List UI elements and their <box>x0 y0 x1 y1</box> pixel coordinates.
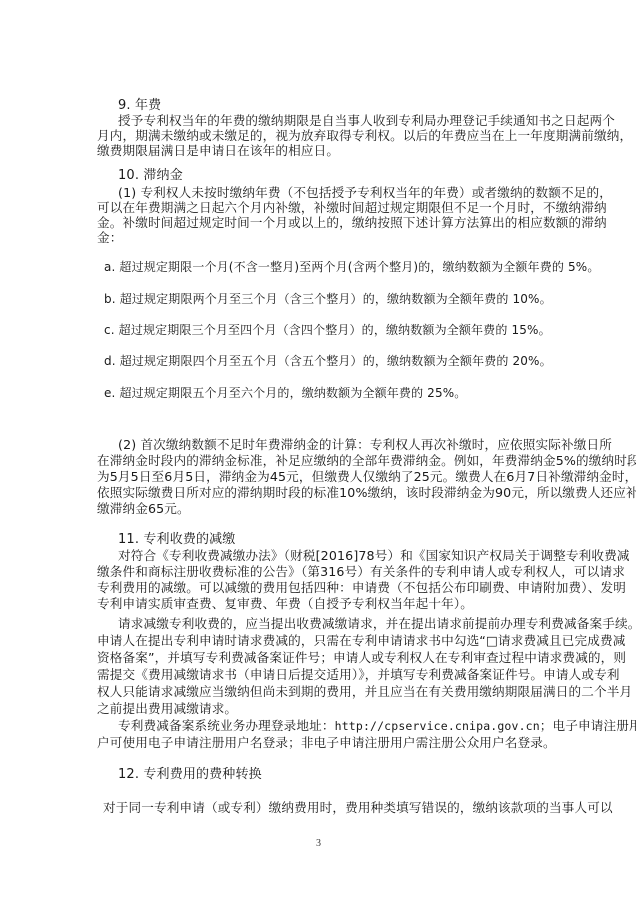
section-11-para1: 专利申请实质审查费、复审费、年费（自授予专利权当年起十年）。 <box>97 596 543 611</box>
section-11-para1: 对符合《专利收费减缴办法》（财税[2016]78号）和《国家知识产权局关于调整专… <box>118 548 543 563</box>
section-10-para2: 依照实际缴费日所对应的滞纳期时段的标准10%缴纳，该时段滞纳金为90元，所以缴费… <box>97 485 543 500</box>
registration-address-label: 专利费减备案系统业务办理登录地址： <box>118 718 335 733</box>
section-9-text: 缴费期限届满日是申请日在该年的相应日。 <box>97 143 543 158</box>
section-9-text: 月内，期满未缴纳或未缴足的，视为放弃取得专利权。以后的年费应当在上一年度期满前缴… <box>97 128 543 143</box>
section-11-para2: 权人只能请求减缴应当缴纳但尚未到期的费用，并且应当在有关费用缴纳期限届满日的二个… <box>97 684 543 699</box>
late-fee-item-d: d. 超过规定期限四个月至五个月（含五个整月）的，缴纳数额为全额年费的 20%。 <box>104 354 544 369</box>
late-fee-item-e: e. 超过规定期限五个月至六个月的，缴纳数额为全额年费的 25%。 <box>104 386 544 401</box>
section-9-heading: 9. 年费 <box>118 98 564 113</box>
late-fee-item-c: c. 超过规定期限三个月至四个月（含四个整月）的，缴纳数额为全额年费的 15%。 <box>104 323 544 338</box>
section-10-para1: (1) 专利权人未按时缴纳年费（不包括授予专利权当年的年费）或者缴纳的数额不足的… <box>118 185 543 200</box>
late-fee-item-b: b. 超过规定期限两个月至三个月（含三个整月）的，缴纳数额为全额年费的 10%。 <box>104 292 544 307</box>
section-9-text: 授予专利权当年的年费的缴纳期限是自当事人收到专利局办理登记手续通知书之日起两个 <box>118 113 543 128</box>
section-11-para2: 请求减缴专利收费的，应当提出收费减缴请求，并在提出请求前提前办理专利费减备案手续… <box>118 616 543 631</box>
section-11-para2: 需提交《费用减缴请求书（申请日后提交适用）》，并填写专利费减备案证件号。申请人或… <box>97 667 543 682</box>
document-page: 9. 年费 授予专利权当年的年费的缴纳期限是自当事人收到专利局办理登记手续通知书… <box>0 0 636 900</box>
section-11-para1: 缴条件和商标注册收费标准的公告》（第316号）有关条件的专利申请人或专利权人，可… <box>97 564 543 579</box>
section-10-para2: (2) 首次缴纳数额不足时年费滞纳金的计算：专利权人再次补缴时，应依照实际补缴日… <box>118 437 543 452</box>
section-10-para1: 金。补缴时间超过规定时间一个月或以上的，缴纳按照下述计算方法算出的相应数额的滞纳 <box>97 215 543 230</box>
section-10-heading: 10. 滞纳金 <box>118 168 564 183</box>
section-11-para2: 资格备案”，并填写专利费减备案证件号；申请人或专利权人在专利审查过程中请求费减的… <box>97 650 543 665</box>
section-11-para2: 申请人在提出专利申请时请求费减的，只需在专利申请请求书中勾选“□请求费减且已完成… <box>97 633 543 648</box>
late-fee-item-a: a. 超过规定期限一个月(不含一整月)至两个月(含两个整月)的，缴纳数额为全额年… <box>104 260 544 275</box>
section-11-para1: 专利费用的减缴。可以减缴的费用包括四种：申请费（不包括公布印刷费、申请附加费）、… <box>97 580 543 595</box>
registration-address-suffix: ；电子申请注册用 <box>540 718 636 733</box>
page-number: 3 <box>316 838 321 849</box>
section-10-para1: 可以在年费期满之日起六个月内补缴，补缴时间超过规定期限但不足一个月时，不缴纳滞纳 <box>97 200 543 215</box>
section-12-heading: 12. 专利费用的费种转换 <box>118 767 564 782</box>
section-11-para2: 之前提出费用减缴请求。 <box>97 701 543 716</box>
section-11-heading: 11. 专利收费的减缴 <box>118 532 564 547</box>
cpservice-link[interactable]: http://cpservice.cnipa.gov.cn <box>335 719 540 733</box>
section-12-text: 对于同一专利申请（或专利）缴纳费用时，费用种类填写错误的，缴纳该款项的当事人可以 <box>103 800 549 815</box>
section-10-para1: 金： <box>97 230 543 245</box>
section-10-para2: 为5月5日至6月5日，滞纳金为45元，但缴费人仅缴纳了25元。缴费人在6月7日补… <box>97 469 543 484</box>
section-11-para3: 专利费减备案系统业务办理登录地址：http://cpservice.cnipa.… <box>118 718 543 734</box>
section-10-para2: 缴滞纳金65元。 <box>97 501 543 516</box>
section-10-para2: 在滞纳金时段内的滞纳金标准，补足应缴纳的全部年费滞纳金。例如，年费滞纳金5%的缴… <box>97 453 543 468</box>
section-11-para3: 户可使用电子申请注册用户名登录；非电子申请注册用户需注册公众用户名登录。 <box>97 735 543 750</box>
